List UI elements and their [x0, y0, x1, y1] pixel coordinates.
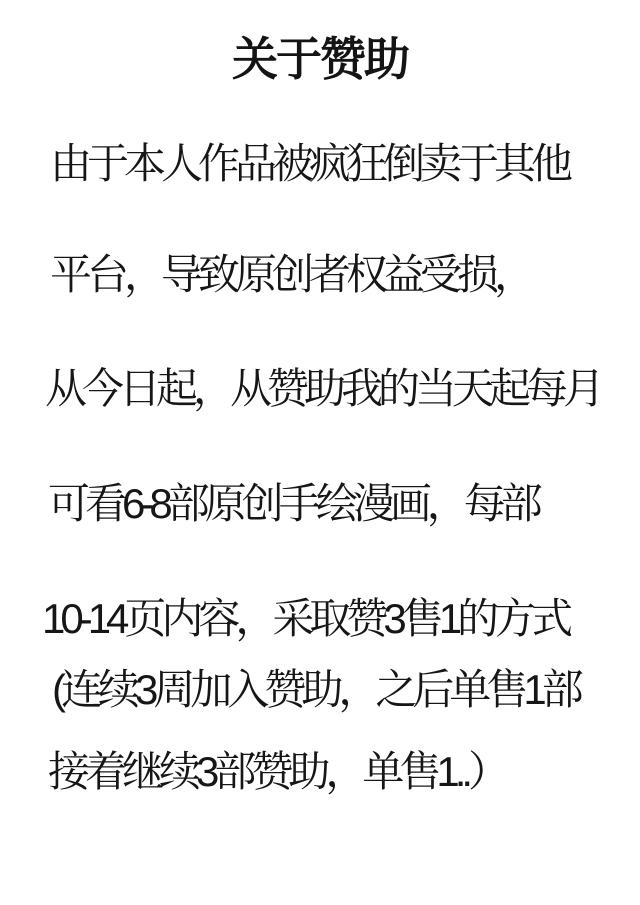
notice-page: 关于赞助 由于本人作品被疯狂倒卖于其他 平台，导致原创者权益受损， 从今日起，从…: [0, 0, 640, 905]
notice-line-4: 可看6-8部原创手绘漫画，每部: [48, 481, 538, 527]
notice-line-3: 从今日起，从赞助我的当天起每月: [45, 366, 600, 412]
page-title: 关于赞助: [0, 34, 640, 85]
notice-line-2: 平台，导致原创者权益受损，: [50, 252, 531, 298]
notice-line-6: (连续3周加入赞助，之后单售1部: [52, 667, 579, 713]
notice-line-5: 10-14页内容，采取赞3售1的方式: [42, 596, 568, 642]
notice-line-7: 接着继续3部赞助，单售1..）: [48, 749, 505, 795]
notice-line-1: 由于本人作品被疯狂倒卖于其他: [50, 141, 568, 187]
